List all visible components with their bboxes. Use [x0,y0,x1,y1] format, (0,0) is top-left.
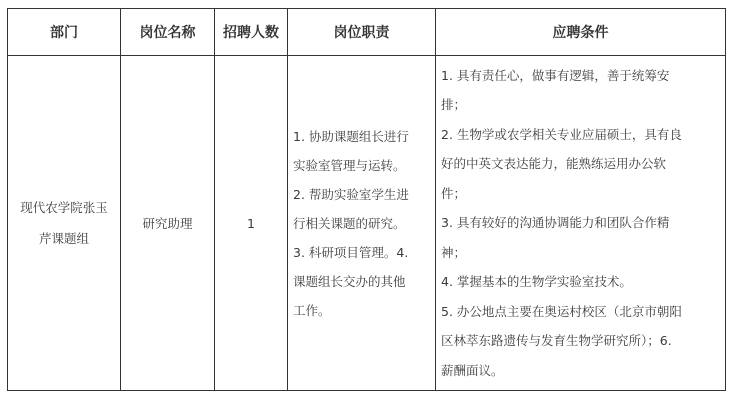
requirement-line: 1. 具有责任心，做事有逻辑，善于统筹安 [441,61,719,91]
requirement-line: 薪酬面议。 [441,356,719,386]
header-headcount: 招聘人数 [215,9,288,56]
table-row: 现代农学院张玉 芹课题组 研究助理 1 1. 协助课题组长进行 实验室管理与运转… [8,56,726,391]
duty-line: 2. 帮助实验室学生进 [293,180,429,209]
duty-line: 1. 协助课题组长进行 [293,122,429,151]
requirement-line: 区林萃东路遗传与发育生物学研究所）；6. [441,326,719,356]
department-line: 现代农学院张玉 [14,192,114,223]
cell-headcount: 1 [215,56,288,391]
requirement-line: 神； [441,238,719,268]
cell-duties: 1. 协助课题组长进行 实验室管理与运转。 2. 帮助实验室学生进 行相关课题的… [288,56,436,391]
header-department: 部门 [8,9,121,56]
cell-requirements: 1. 具有责任心，做事有逻辑，善于统筹安 排； 2. 生物学或农学相关专业应届硕… [436,56,726,391]
cell-position: 研究助理 [121,56,215,391]
requirement-line: 2. 生物学或农学相关专业应届硕士，具有良 [441,120,719,150]
requirement-line: 好的中英文表达能力，能熟练运用办公软 [441,149,719,179]
header-duties: 岗位职责 [288,9,436,56]
cell-department: 现代农学院张玉 芹课题组 [8,56,121,391]
table-header-row: 部门 岗位名称 招聘人数 岗位职责 应聘条件 [8,9,726,56]
duty-line: 3. 科研项目管理。4. [293,238,429,267]
position-text: 研究助理 [142,216,192,231]
requirement-line: 5. 办公地点主要在奥运村校区（北京市朝阳 [441,297,719,327]
requirement-line: 3. 具有较好的沟通协调能力和团队合作精 [441,208,719,238]
headcount-text: 1 [247,216,255,231]
requirement-line: 排； [441,90,719,120]
header-requirements: 应聘条件 [436,9,726,56]
duty-line: 工作。 [293,296,429,325]
recruitment-table: 部门 岗位名称 招聘人数 岗位职责 应聘条件 现代农学院张玉 芹课题组 研究助理… [7,8,726,391]
duty-line: 实验室管理与运转。 [293,151,429,180]
department-line: 芹课题组 [14,223,114,254]
requirement-line: 4. 掌握基本的生物学实验室技术。 [441,267,719,297]
duty-line: 行相关课题的研究。 [293,209,429,238]
recruitment-table-container: 部门 岗位名称 招聘人数 岗位职责 应聘条件 现代农学院张玉 芹课题组 研究助理… [7,8,726,391]
requirement-line: 件； [441,179,719,209]
duty-line: 课题组长交办的其他 [293,267,429,296]
header-position-name: 岗位名称 [121,9,215,56]
